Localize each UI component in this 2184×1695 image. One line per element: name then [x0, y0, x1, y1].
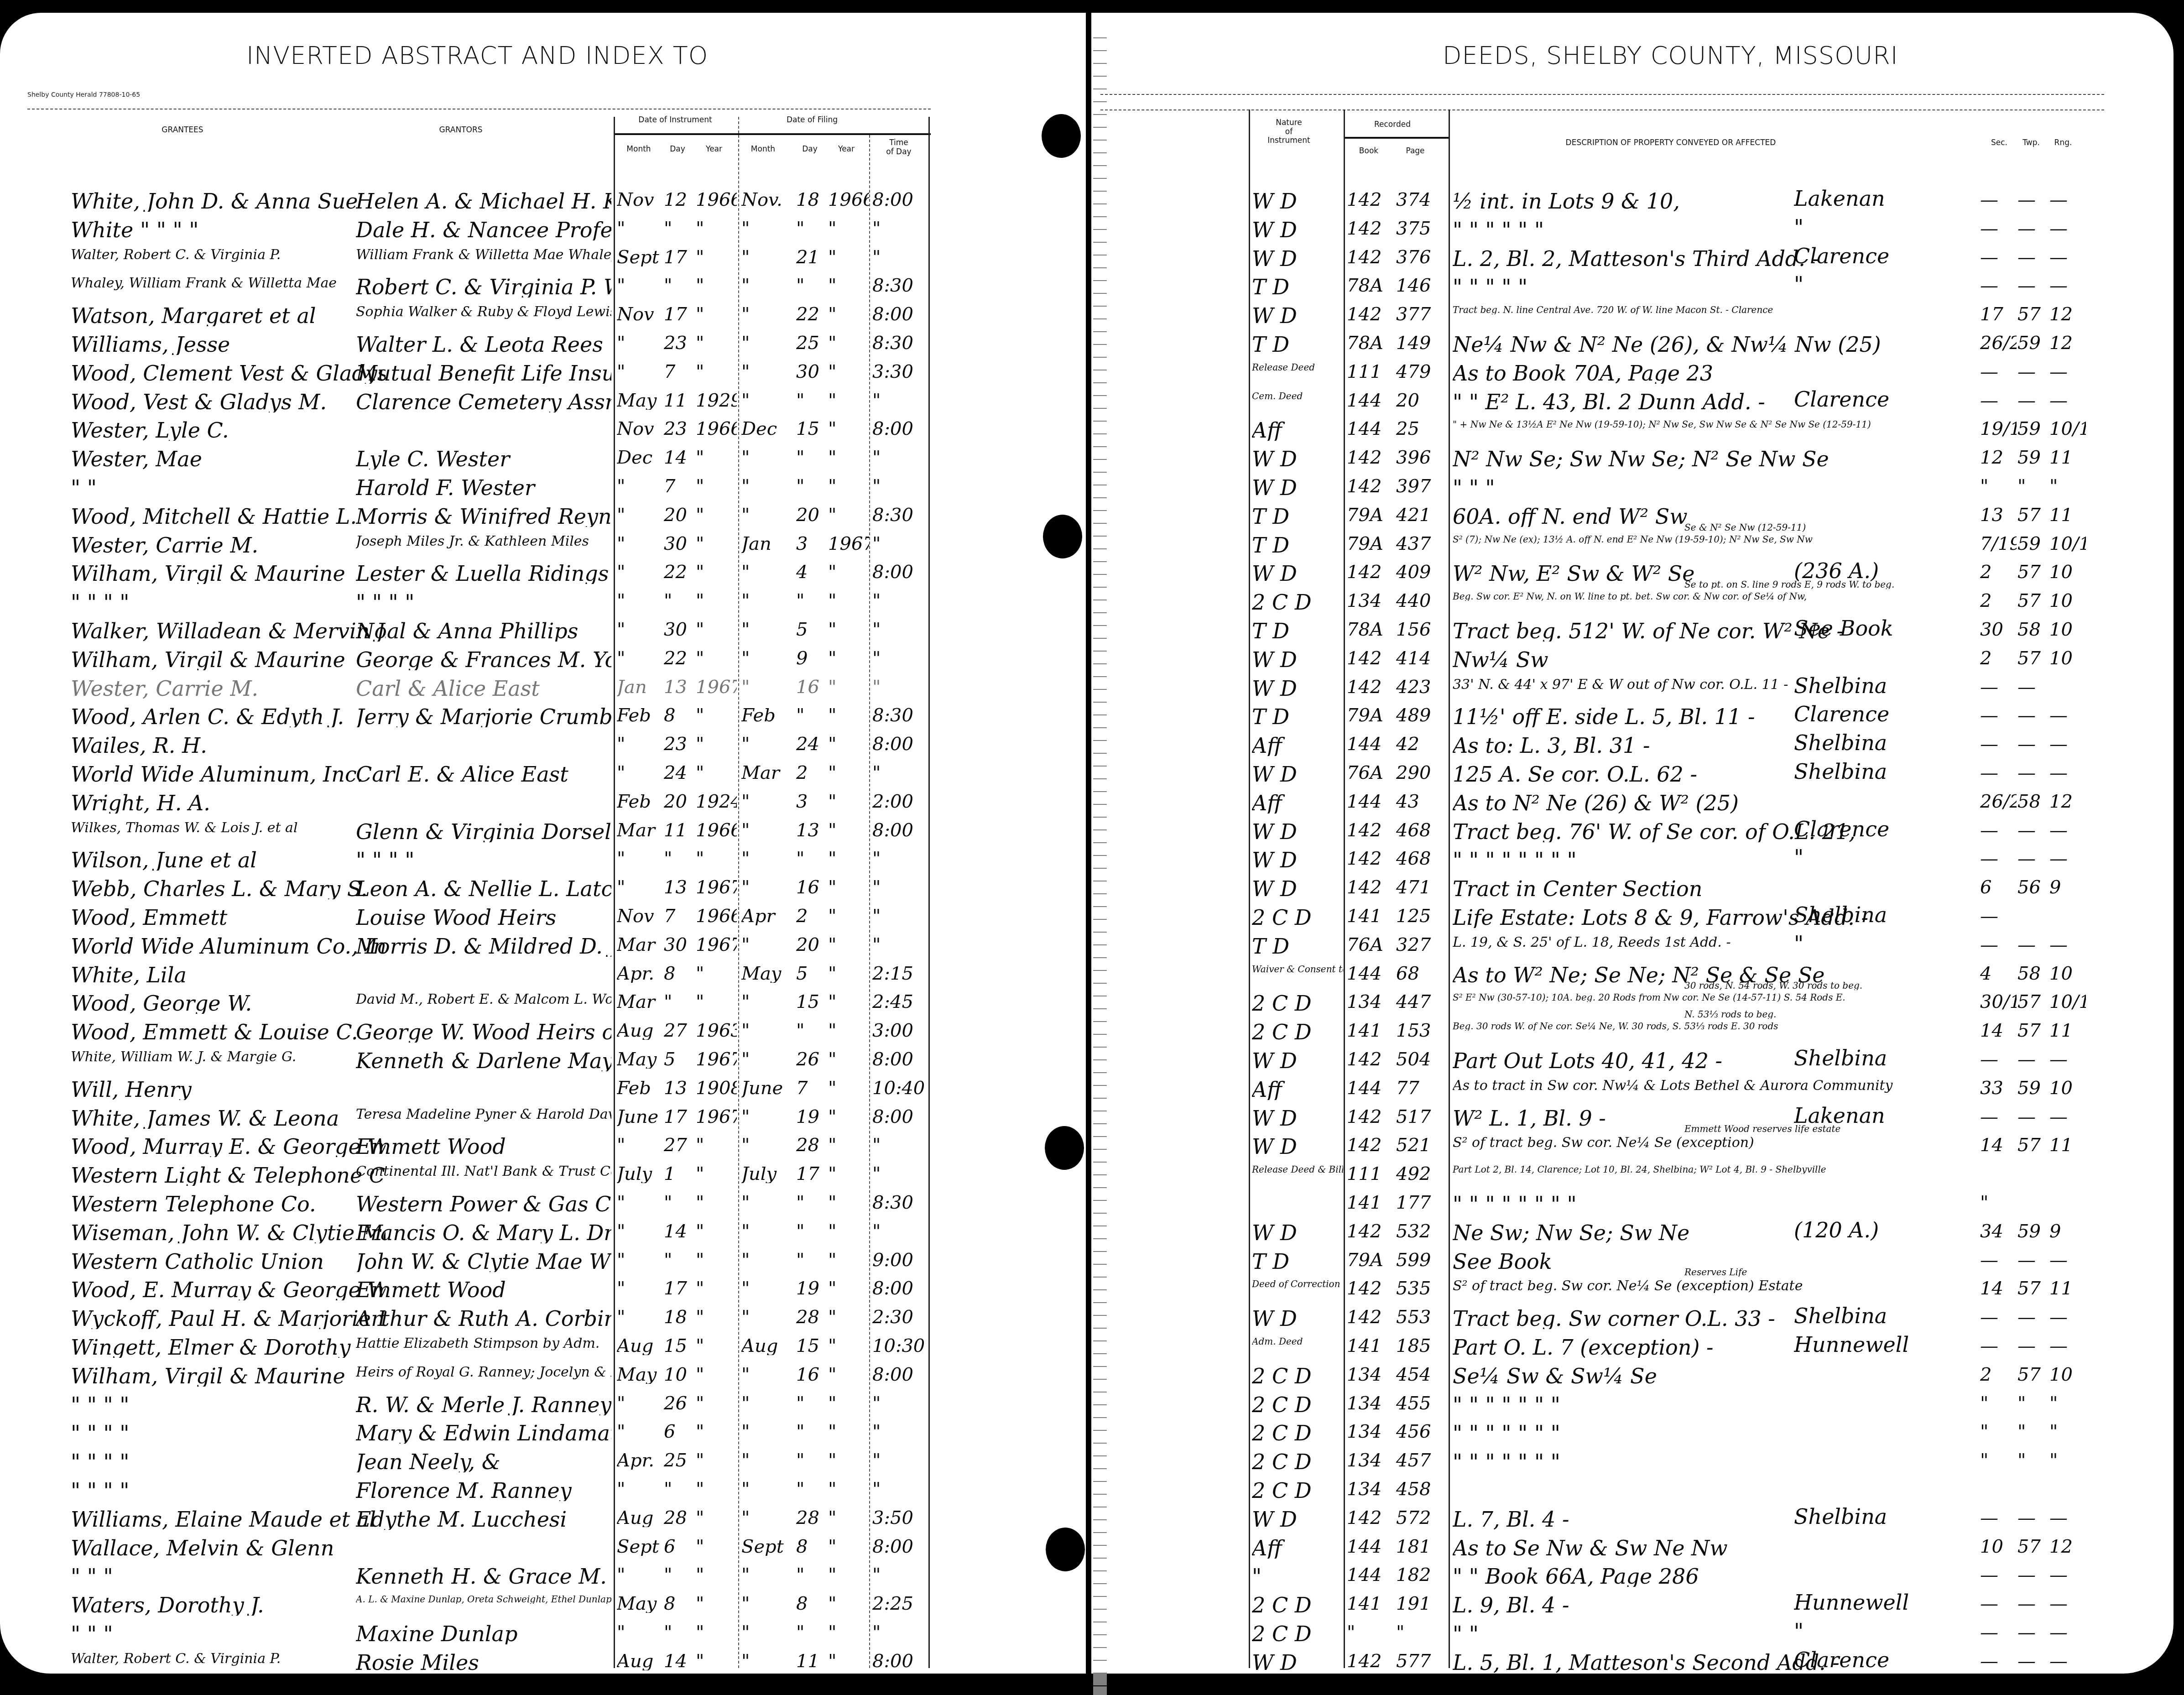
file-month-cell: ": [741, 993, 785, 1011]
inst-month-cell: Aug: [617, 1652, 660, 1670]
grantee-cell: Wood, Emmett & Louise C.: [71, 1022, 386, 1043]
grantee-cell: Wyckoff, Paul H. & Marjorie L.: [71, 1308, 386, 1329]
page-cell: 77: [1396, 1079, 1446, 1097]
nature-of-instrument-cell: Waiver & Consent to Sell R.E.: [1252, 965, 1343, 974]
file-day-cell: 3: [796, 535, 824, 553]
file-day-cell: 16: [796, 678, 824, 696]
file-month-cell: ": [741, 563, 785, 581]
grantee-cell: " " " ": [71, 1451, 386, 1472]
grantee-cell: White, James W. & Leona: [71, 1108, 386, 1129]
book-cell: 141: [1347, 1337, 1392, 1355]
description-note: Se to pt. on S. line 9 rods E, 9 rods W.…: [1684, 580, 1976, 589]
file-day-cell: ": [796, 219, 824, 238]
twp-cell: —: [2017, 363, 2049, 381]
book-cell: ": [1347, 1623, 1392, 1642]
description-cell: " " Book 66A, Page 286: [1453, 1566, 1977, 1587]
file-day-cell: ": [796, 1222, 824, 1241]
grantor-cell: Clarence Cemetery Assn.: [356, 391, 611, 412]
place-cell: Shelbina: [1794, 732, 1967, 753]
inst-month-cell: Mar: [617, 821, 660, 840]
description-cell: " " " " " " ": [1453, 1451, 1977, 1472]
nature-of-instrument-cell: 2 C D: [1252, 907, 1343, 928]
description-cell: Tract in Center Section: [1453, 878, 1977, 899]
inst-year-cell: ": [696, 1451, 737, 1470]
file-month-cell: May: [741, 965, 785, 983]
inst-day-cell: 17: [664, 305, 691, 323]
description-cell: " " " " " " ": [1453, 1394, 1977, 1415]
time-of-day-cell: ": [872, 764, 927, 782]
file-year-cell: ": [828, 334, 869, 352]
file-year-cell: ": [828, 477, 869, 495]
inst-month-cell: Nov: [617, 191, 660, 209]
twp-cell: —: [2017, 936, 2049, 954]
twp-cell: ": [2017, 477, 2049, 495]
time-of-day-cell: ": [872, 477, 927, 495]
col-rule-inst: [614, 117, 615, 1668]
description-cell: S² of tract beg. Sw cor. Ne¼ Se (excepti…: [1453, 1279, 1977, 1293]
page-cell: 492: [1396, 1165, 1446, 1183]
file-month-cell: ": [741, 821, 785, 840]
inst-year-cell: ": [696, 276, 737, 295]
col-header-time-of-day: Time of Day: [871, 139, 926, 156]
description-cell: S² E² Nw (30-57-10); 10A. beg. 20 Rods f…: [1453, 993, 1977, 1002]
book-cell: 142: [1347, 1136, 1392, 1154]
twp-cell: 57: [2017, 1022, 2049, 1040]
place-cell: Lakenan: [1794, 188, 1967, 209]
file-day-cell: 2: [796, 907, 824, 925]
twp-cell: —: [2017, 1108, 2049, 1126]
file-month-cell: Feb: [741, 706, 785, 725]
file-year-cell: ": [828, 1623, 869, 1642]
left-ledger-page: INVERTED ABSTRACT AND INDEX TO Shelby Co…: [0, 13, 1086, 1674]
file-month-cell: ": [741, 1509, 785, 1527]
place-cell: Shelbina: [1794, 675, 1967, 696]
grantee-cell: Wester, Lyle C.: [71, 420, 386, 441]
grantee-cell: World Wide Aluminum, Inc.: [71, 764, 386, 785]
file-day-cell: ": [796, 1251, 824, 1269]
inst-day-cell: 20: [664, 793, 691, 811]
inst-month-cell: Apr.: [617, 965, 660, 983]
inst-year-cell: 1924: [696, 793, 737, 811]
book-cell: 144: [1347, 1566, 1392, 1584]
file-month-cell: June: [741, 1079, 785, 1097]
file-day-cell: 7: [796, 1079, 824, 1097]
inst-day-cell: 6: [664, 1538, 691, 1556]
grantor-cell: Lester & Luella Ridings: [356, 563, 611, 584]
grantee-cell: " " " ": [71, 1423, 386, 1444]
grantee-cell: Walter, Robert C. & Virginia P.: [71, 1652, 386, 1666]
time-of-day-cell: ": [872, 248, 927, 266]
file-day-cell: 20: [796, 936, 824, 954]
inst-day-cell: 27: [664, 1136, 691, 1154]
inst-year-cell: ": [696, 1165, 737, 1183]
inst-year-cell: ": [696, 363, 737, 381]
rng-cell: —: [2049, 850, 2086, 868]
file-year-cell: ": [828, 305, 869, 323]
grantor-cell: Florence M. Ranney: [356, 1480, 611, 1501]
sec-cell: —: [1980, 1623, 2017, 1642]
inst-year-cell: 1963: [696, 1022, 737, 1040]
file-day-cell: ": [796, 850, 824, 868]
time-of-day-cell: ": [872, 1394, 927, 1413]
time-of-day-cell: 3:50: [872, 1509, 927, 1527]
grantee-cell: Wood, Murray E. & George W.: [71, 1136, 386, 1157]
nature-of-instrument-cell: W D: [1252, 248, 1343, 269]
file-day-cell: 13: [796, 821, 824, 840]
inst-month-cell: ": [617, 1623, 660, 1642]
rng-cell: —: [2049, 1251, 2086, 1269]
description-note: Se & N² Se Nw (12-59-11): [1684, 523, 1976, 532]
sec-cell: 14: [1980, 1136, 2017, 1154]
inst-year-cell: ": [696, 706, 737, 725]
file-year-cell: ": [828, 793, 869, 811]
sec-cell: ": [1980, 1194, 2017, 1212]
file-month-cell: ": [741, 649, 785, 668]
sec-cell: 33: [1980, 1079, 2017, 1097]
inst-year-cell: 1967: [696, 878, 737, 897]
twp-cell: 57: [2017, 1136, 2049, 1154]
inst-day-cell: 30: [664, 936, 691, 954]
grantor-cell: George & Frances M. Yost: [356, 649, 611, 670]
inst-day-cell: 8: [664, 965, 691, 983]
file-year-cell: 1966: [828, 191, 869, 209]
rng-cell: —: [2049, 1308, 2086, 1326]
printer-mark: Shelby County Herald 77808-10-65: [27, 91, 140, 99]
inst-month-cell: ": [617, 878, 660, 897]
inst-month-cell: Apr.: [617, 1451, 660, 1470]
page-cell: 146: [1396, 276, 1446, 295]
twp-cell: 57: [2017, 506, 2049, 524]
inst-month-cell: Nov: [617, 305, 660, 323]
inst-year-cell: ": [696, 1251, 737, 1269]
file-year-cell: ": [828, 449, 869, 467]
nature-of-instrument-cell: ": [1252, 1566, 1343, 1587]
twp-cell: —: [2017, 1509, 2049, 1527]
twp-cell: 57: [2017, 1366, 2049, 1384]
twp-cell: 57: [2017, 993, 2049, 1011]
inst-day-cell: ": [664, 276, 691, 295]
inst-year-cell: ": [696, 1222, 737, 1241]
sec-cell: —: [1980, 1566, 2017, 1584]
inst-day-cell: 14: [664, 1652, 691, 1670]
book-cell: 144: [1347, 391, 1392, 410]
grantor-cell: Glenn & Virginia Dorsell: [356, 821, 611, 842]
nature-of-instrument-cell: W D: [1252, 1222, 1343, 1243]
sec-cell: —: [1980, 936, 2017, 954]
grantee-cell: White, William W. J. & Margie G.: [71, 1050, 386, 1064]
nature-of-instrument-cell: W D: [1252, 563, 1343, 584]
file-day-cell: 8: [796, 1595, 824, 1613]
inst-month-cell: ": [617, 334, 660, 352]
time-of-day-cell: ": [872, 449, 927, 467]
inst-day-cell: 23: [664, 735, 691, 753]
sec-cell: 2: [1980, 592, 2017, 610]
place-cell: Hunnewell: [1794, 1334, 1967, 1355]
twp-cell: —: [2017, 1251, 2049, 1269]
rng-cell: —: [2049, 1050, 2086, 1069]
file-day-cell: ": [796, 1480, 824, 1498]
file-year-cell: ": [828, 276, 869, 295]
page-cell: 455: [1396, 1394, 1446, 1413]
sec-cell: —: [1980, 1108, 2017, 1126]
time-of-day-cell: ": [872, 1480, 927, 1498]
twp-cell: —: [2017, 735, 2049, 753]
twp-cell: —: [2017, 1623, 2049, 1642]
time-of-day-cell: 10:30: [872, 1337, 927, 1355]
file-month-cell: ": [741, 678, 785, 696]
inst-year-cell: ": [696, 1595, 737, 1613]
inst-year-cell: ": [696, 535, 737, 553]
sec-cell: 4: [1980, 965, 2017, 983]
sec-cell: ": [1980, 1394, 2017, 1413]
twp-cell: ": [2017, 1423, 2049, 1441]
inst-year-cell: ": [696, 592, 737, 610]
time-of-day-cell: ": [872, 535, 927, 553]
description-cell: " + Nw Ne & 13½A E² Ne Nw (19-59-10); N²…: [1453, 420, 1977, 429]
nature-of-instrument-cell: W D: [1252, 1136, 1343, 1157]
file-month-cell: Mar: [741, 764, 785, 782]
book-cell: 78A: [1347, 276, 1392, 295]
grantee-cell: " " " ": [71, 1480, 386, 1501]
sec-cell: 12: [1980, 449, 2017, 467]
place-cell: ": [1794, 847, 1967, 868]
grantee-cell: Will, Henry: [71, 1079, 386, 1100]
twp-cell: 57: [2017, 592, 2049, 610]
inst-day-cell: ": [664, 850, 691, 868]
binder-hole: [1045, 1126, 1084, 1170]
date-header-rule: [614, 133, 931, 135]
grantee-cell: Wood, Vest & Gladys M.: [71, 391, 386, 412]
book-cell: 134: [1347, 1366, 1392, 1384]
description-cell: As to Book 70A, Page 23: [1453, 363, 1977, 384]
inst-year-cell: ": [696, 1308, 737, 1326]
page-cell: 177: [1396, 1194, 1446, 1212]
nature-of-instrument-cell: W D: [1252, 477, 1343, 498]
twp-cell: —: [2017, 1337, 2049, 1355]
book-cell: 79A: [1347, 1251, 1392, 1269]
sec-cell: 7/19/12: [1980, 535, 2017, 553]
grantee-cell: Wilham, Virgil & Maurine: [71, 649, 386, 670]
inst-day-cell: 7: [664, 907, 691, 925]
file-day-cell: 3: [796, 793, 824, 811]
sec-cell: —: [1980, 191, 2017, 209]
grantor-cell: Joseph Miles Jr. & Kathleen Miles: [356, 535, 611, 548]
place-cell: (236 A.): [1794, 560, 1967, 581]
grantor-cell: Carl E. & Alice East: [356, 764, 611, 785]
book-cell: 142: [1347, 1652, 1392, 1670]
page-cell: 396: [1396, 449, 1446, 467]
inst-year-cell: 1966: [696, 907, 737, 925]
file-year-cell: ": [828, 1079, 869, 1097]
place-cell: Clarence: [1794, 1649, 1967, 1670]
inst-month-cell: ": [617, 1222, 660, 1241]
col-header-date-of-instrument: Date of Instrument: [616, 116, 735, 125]
page-cell: 397: [1396, 477, 1446, 495]
header-top-rule: [1100, 94, 2104, 95]
rng-cell: —: [2049, 1566, 2086, 1584]
nature-of-instrument-cell: T D: [1252, 1251, 1343, 1272]
file-day-cell: 19: [796, 1108, 824, 1126]
nature-of-instrument-cell: 2 C D: [1252, 1480, 1343, 1501]
rng-cell: —: [2049, 764, 2086, 782]
book-cell: 144: [1347, 1538, 1392, 1556]
page-cell: 577: [1396, 1652, 1446, 1670]
nature-of-instrument-cell: T D: [1252, 535, 1343, 556]
file-day-cell: ": [796, 706, 824, 725]
book-cell: 134: [1347, 592, 1392, 610]
col-header-file-day: Day: [794, 145, 826, 154]
nature-of-instrument-cell: Cem. Deed: [1252, 391, 1343, 401]
description-cell: As to Se Nw & Sw Ne Nw: [1453, 1538, 1977, 1559]
grantee-cell: Whaley, William Frank & Willetta Mae: [71, 276, 386, 290]
grantee-cell: Wiseman, John W. & Clytie Mae: [71, 1222, 386, 1243]
grantor-cell: Carl & Alice East: [356, 678, 611, 699]
place-cell: Clarence: [1794, 245, 1967, 266]
page-cell: 149: [1396, 334, 1446, 352]
book-cell: 141: [1347, 907, 1392, 925]
book-cell: 141: [1347, 1194, 1392, 1212]
time-of-day-cell: ": [872, 391, 927, 410]
time-of-day-cell: ": [872, 1566, 927, 1584]
rng-cell: 10: [2049, 649, 2086, 668]
page-cell: 421: [1396, 506, 1446, 524]
inst-year-cell: 1966: [696, 191, 737, 209]
inst-month-cell: Mar: [617, 936, 660, 954]
nature-of-instrument-cell: T D: [1252, 506, 1343, 527]
rng-cell: 10: [2049, 1366, 2086, 1384]
inst-month-cell: May: [617, 1366, 660, 1384]
inst-year-cell: ": [696, 1566, 737, 1584]
description-note: 30 rods, N. 54 rods, W. 30 rods to beg.: [1684, 981, 1976, 990]
inst-month-cell: Feb: [617, 1079, 660, 1097]
twp-cell: —: [2017, 764, 2049, 782]
twp-cell: —: [2017, 391, 2049, 410]
inst-year-cell: ": [696, 248, 737, 266]
inst-month-cell: Sept: [617, 248, 660, 266]
nature-of-instrument-cell: W D: [1252, 449, 1343, 469]
twp-cell: —: [2017, 678, 2049, 696]
inst-month-cell: Aug: [617, 1509, 660, 1527]
page-cell: 25: [1396, 420, 1446, 438]
twp-cell: 59: [2017, 1222, 2049, 1241]
grantor-cell: George W. Wood Heirs of:: [356, 1022, 611, 1043]
time-of-day-cell: 2:15: [872, 965, 927, 983]
inst-day-cell: 13: [664, 678, 691, 696]
page-cell: 532: [1396, 1222, 1446, 1241]
inst-year-cell: ": [696, 649, 737, 668]
book-cell: 141: [1347, 1022, 1392, 1040]
twp-cell: 59: [2017, 449, 2049, 467]
grantor-cell: " " " ": [356, 850, 611, 871]
file-month-cell: Sept: [741, 1538, 785, 1556]
nature-of-instrument-cell: W D: [1252, 764, 1343, 785]
inst-year-cell: 1908: [696, 1079, 737, 1097]
inst-day-cell: 5: [664, 1050, 691, 1069]
file-day-cell: ": [796, 1451, 824, 1470]
rng-cell: ": [2049, 1394, 2086, 1413]
nature-of-instrument-cell: W D: [1252, 821, 1343, 842]
page-cell: ": [1396, 1623, 1446, 1642]
grantee-cell: Wilham, Virgil & Maurine: [71, 563, 386, 584]
inst-month-cell: Aug: [617, 1022, 660, 1040]
file-day-cell: ": [796, 391, 824, 410]
grantee-cell: White " " " ": [71, 219, 386, 240]
col-header-inst-month: Month: [618, 145, 659, 154]
page-gutter: [1093, 26, 1107, 1695]
inst-year-cell: 1967: [696, 936, 737, 954]
place-cell: ": [1794, 933, 1967, 954]
file-year-cell: ": [828, 1366, 869, 1384]
page-cell: 375: [1396, 219, 1446, 238]
inst-day-cell: 13: [664, 1079, 691, 1097]
inst-year-cell: ": [696, 219, 737, 238]
inst-month-cell: Nov: [617, 907, 660, 925]
place-cell: Hunnewell: [1794, 1592, 1967, 1613]
time-of-day-cell: 8:00: [872, 305, 927, 323]
file-day-cell: ": [796, 477, 824, 495]
inst-month-cell: ": [617, 850, 660, 868]
time-of-day-cell: ": [872, 219, 927, 238]
file-day-cell: 5: [796, 965, 824, 983]
sec-cell: ": [1980, 477, 2017, 495]
place-cell: See Book: [1794, 618, 1967, 639]
inst-day-cell: 20: [664, 506, 691, 524]
file-day-cell: 18: [796, 191, 824, 209]
inst-month-cell: May: [617, 391, 660, 410]
rng-cell: 10/11: [2049, 993, 2086, 1011]
nature-of-instrument-cell: T D: [1252, 706, 1343, 727]
book-cell: 78A: [1347, 334, 1392, 352]
grantee-cell: World Wide Aluminum Co., Inc.: [71, 936, 386, 957]
file-month-cell: Dec: [741, 420, 785, 438]
book-cell: 142: [1347, 1308, 1392, 1326]
time-of-day-cell: 8:00: [872, 420, 927, 438]
page-cell: 479: [1396, 363, 1446, 381]
page-cell: 521: [1396, 1136, 1446, 1154]
book-cell: 142: [1347, 1509, 1392, 1527]
grantor-cell: Hattie Elizabeth Stimpson by Adm.: [356, 1337, 611, 1351]
rng-cell: —: [2049, 735, 2086, 753]
grantor-cell: Arthur & Ruth A. Corbin: [356, 1308, 611, 1329]
time-of-day-cell: 8:00: [872, 1108, 927, 1126]
file-year-cell: ": [828, 965, 869, 983]
rng-cell: 12: [2049, 305, 2086, 323]
page-cell: 153: [1396, 1022, 1446, 1040]
col-header-file-year: Year: [828, 145, 865, 154]
file-day-cell: ": [796, 1394, 824, 1413]
file-month-cell: ": [741, 334, 785, 352]
sec-cell: —: [1980, 821, 2017, 840]
grantor-cell: William Frank & Willetta Mae Whaley: [356, 248, 611, 262]
grantor-cell: A. L. & Maxine Dunlap, Oreta Schweight, …: [356, 1595, 611, 1604]
place-cell: Shelbina: [1794, 1305, 1967, 1326]
book-cell: 142: [1347, 649, 1392, 668]
description-note: Emmett Wood reserves life estate: [1684, 1124, 1976, 1133]
grantee-cell: Western Telephone Co.: [71, 1194, 386, 1215]
twp-cell: —: [2017, 1566, 2049, 1584]
page-cell: 437: [1396, 535, 1446, 553]
time-of-day-cell: ": [872, 936, 927, 954]
file-year-cell: ": [828, 506, 869, 524]
page-cell: 20: [1396, 391, 1446, 410]
sec-cell: —: [1980, 1652, 2017, 1670]
nature-of-instrument-cell: Release Deed: [1252, 363, 1343, 372]
nature-of-instrument-cell: Aff: [1252, 793, 1343, 814]
grantee-cell: Wilkes, Thomas W. & Lois J. et al: [71, 821, 386, 835]
inst-year-cell: 1967: [696, 1108, 737, 1126]
file-year-cell: ": [828, 1538, 869, 1556]
time-of-day-cell: ": [872, 1623, 927, 1642]
